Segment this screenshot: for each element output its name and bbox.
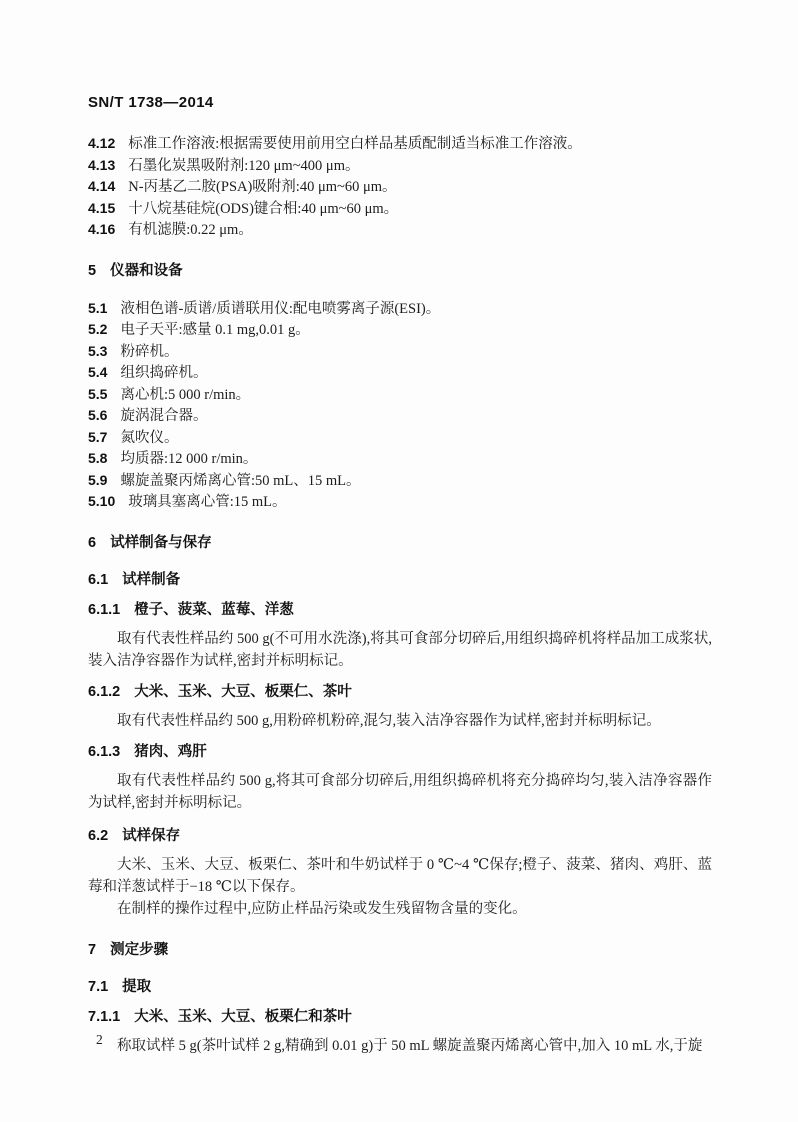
clause-number: 5.2 (88, 319, 107, 340)
paragraph-6-1-2: 取有代表性样品约 500 g,用粉碎机粉碎,混匀,装入洁净容器作为试样,密封并标… (88, 710, 712, 732)
subsection-number: 6.1 (88, 570, 108, 590)
clause-text: 组织捣碎机。 (120, 363, 712, 384)
clause-4-13: 4.13 石墨化炭黑吸附剂:120 μm~400 μm。 (88, 155, 712, 177)
clause-4-16: 4.16 有机滤膜:0.22 μm。 (88, 219, 712, 241)
clause-heading-title: 猪肉、鸡肝 (134, 742, 207, 762)
clause-text: 氮吹仪。 (120, 428, 712, 449)
clause-number: 4.13 (88, 155, 115, 176)
clause-heading-number: 6.1.2 (88, 682, 120, 702)
clause-text: 液相色谱-质谱/质谱联用仪:配电喷雾离子源(ESI)。 (120, 299, 712, 320)
clause-heading-7-1-1: 7.1.1 大米、玉米、大豆、板栗仁和茶叶 (88, 1007, 712, 1027)
clause-text: 旋涡混合器。 (120, 406, 712, 427)
clause-number: 5.9 (88, 470, 107, 491)
clause-heading-title: 大米、玉米、大豆、板栗仁和茶叶 (134, 1007, 352, 1027)
subsection-title: 试样保存 (122, 826, 180, 846)
clause-text: 玻璃具塞离心管:15 mL。 (128, 492, 712, 513)
clause-5-9: 5.9 螺旋盖聚丙烯离心管:50 mL、15 mL。 (88, 470, 712, 492)
clause-text: 石墨化炭黑吸附剂:120 μm~400 μm。 (128, 156, 712, 177)
paragraph-7-1-1: 称取试样 5 g(茶叶试样 2 g,精确到 0.01 g)于 50 mL 螺旋盖… (88, 1035, 712, 1057)
clause-4-14: 4.14 N-丙基乙二胺(PSA)吸附剂:40 μm~60 μm。 (88, 176, 712, 198)
clause-number: 5.6 (88, 405, 107, 426)
clause-5-4: 5.4 组织捣碎机。 (88, 362, 712, 384)
clause-heading-title: 大米、玉米、大豆、板栗仁、茶叶 (134, 682, 352, 702)
clause-text: 标准工作溶液:根据需要使用前用空白样品基质配制适当标准工作溶液。 (128, 134, 712, 155)
clause-number: 5.7 (88, 427, 107, 448)
clause-4-15: 4.15 十八烷基硅烷(ODS)键合相:40 μm~60 μm。 (88, 198, 712, 220)
paragraph-6-2-note: 在制样的操作过程中,应防止样品污染或发生残留物含量的变化。 (88, 898, 712, 920)
section-title: 试样制备与保存 (110, 533, 212, 553)
clause-text: 粉碎机。 (120, 342, 712, 363)
clause-text: N-丙基乙二胺(PSA)吸附剂:40 μm~60 μm。 (128, 177, 712, 198)
clause-number: 4.16 (88, 219, 115, 240)
clause-5-6: 5.6 旋涡混合器。 (88, 405, 712, 427)
section-heading-7: 7 测定步骤 (88, 940, 712, 960)
clause-heading-6-1-1: 6.1.1 橙子、菠菜、蓝莓、洋葱 (88, 600, 712, 620)
clause-4-12: 4.12 标准工作溶液:根据需要使用前用空白样品基质配制适当标准工作溶液。 (88, 133, 712, 155)
clause-text: 十八烷基硅烷(ODS)键合相:40 μm~60 μm。 (128, 199, 712, 220)
page-content: SN/T 1738—2014 4.12 标准工作溶液:根据需要使用前用空白样品基… (88, 93, 712, 1057)
subsection-number: 7.1 (88, 977, 108, 997)
clause-text: 电子天平:感量 0.1 mg,0.01 g。 (120, 320, 712, 341)
clause-text: 均质器:12 000 r/min。 (120, 449, 712, 470)
subsection-heading-6-1: 6.1 试样制备 (88, 570, 712, 590)
page-number: 2 (96, 1032, 103, 1048)
subsection-title: 试样制备 (122, 570, 180, 590)
standard-code: SN/T 1738—2014 (88, 93, 712, 113)
clause-5-10: 5.10 玻璃具塞离心管:15 mL。 (88, 491, 712, 513)
clause-number: 5.8 (88, 448, 107, 469)
paragraph-6-1-3: 取有代表性样品约 500 g,将其可食部分切碎后,用组织捣碎机将充分捣碎均匀,装… (88, 770, 712, 814)
clause-heading-number: 6.1.3 (88, 742, 120, 762)
clause-heading-6-1-2: 6.1.2 大米、玉米、大豆、板栗仁、茶叶 (88, 682, 712, 702)
paragraph-6-1-1: 取有代表性样品约 500 g(不可用水洗涤),将其可食部分切碎后,用组织捣碎机将… (88, 628, 712, 672)
clause-5-8: 5.8 均质器:12 000 r/min。 (88, 448, 712, 470)
clause-heading-number: 6.1.1 (88, 600, 120, 620)
section-number: 5 (88, 261, 96, 281)
subsection-heading-6-2: 6.2 试样保存 (88, 826, 712, 846)
clause-number: 5.1 (88, 298, 107, 319)
section-heading-5: 5 仪器和设备 (88, 261, 712, 281)
subsection-number: 6.2 (88, 826, 108, 846)
section-number: 6 (88, 533, 96, 553)
clause-5-5: 5.5 离心机:5 000 r/min。 (88, 384, 712, 406)
clause-number: 5.10 (88, 491, 115, 512)
section-number: 7 (88, 940, 96, 960)
clause-heading-6-1-3: 6.1.3 猪肉、鸡肝 (88, 742, 712, 762)
clause-5-2: 5.2 电子天平:感量 0.1 mg,0.01 g。 (88, 319, 712, 341)
clause-text: 螺旋盖聚丙烯离心管:50 mL、15 mL。 (120, 471, 712, 492)
clause-heading-number: 7.1.1 (88, 1007, 120, 1027)
section-heading-6: 6 试样制备与保存 (88, 533, 712, 553)
clause-number: 5.3 (88, 341, 107, 362)
section-title: 测定步骤 (110, 940, 168, 960)
clause-number: 4.12 (88, 133, 115, 154)
subsection-title: 提取 (122, 977, 151, 997)
section-title: 仪器和设备 (110, 261, 183, 281)
clause-number: 4.14 (88, 176, 115, 197)
clause-5-7: 5.7 氮吹仪。 (88, 427, 712, 449)
clause-number: 5.4 (88, 362, 107, 383)
clause-5-3: 5.3 粉碎机。 (88, 341, 712, 363)
clause-5-1: 5.1 液相色谱-质谱/质谱联用仪:配电喷雾离子源(ESI)。 (88, 298, 712, 320)
subsection-heading-7-1: 7.1 提取 (88, 977, 712, 997)
document-page: SN/T 1738—2014 4.12 标准工作溶液:根据需要使用前用空白样品基… (0, 0, 798, 1122)
clause-number: 4.15 (88, 198, 115, 219)
paragraph-6-2-storage: 大米、玉米、大豆、板栗仁、茶叶和牛奶试样于 0 ℃~4 ℃保存;橙子、菠菜、猪肉… (88, 854, 712, 898)
clause-text: 离心机:5 000 r/min。 (120, 385, 712, 406)
clause-heading-title: 橙子、菠菜、蓝莓、洋葱 (134, 600, 294, 620)
clause-text: 有机滤膜:0.22 μm。 (128, 220, 712, 241)
clause-number: 5.5 (88, 384, 107, 405)
